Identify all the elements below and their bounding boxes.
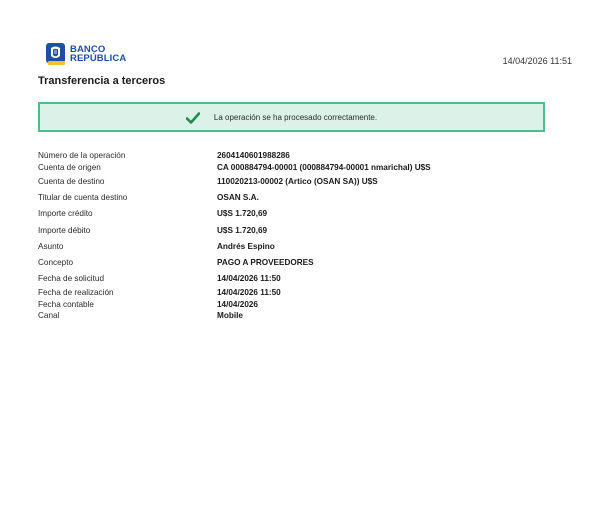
transfer-receipt: BANCO REPÚBLICA 14/04/2026 11:51 Transfe… (0, 0, 600, 515)
operation-details: Número de la operación 2604140601988286 … (38, 150, 431, 322)
detail-row-destination-holder: Titular de cuenta destino OSAN S.A. (38, 190, 431, 206)
bank-name: BANCO REPÚBLICA (70, 45, 126, 63)
detail-label: Fecha de realización (38, 288, 217, 297)
detail-label: Cuenta de destino (38, 177, 217, 186)
print-timestamp: 14/04/2026 11:51 (503, 56, 572, 66)
detail-value: 110020213-00002 (Artico (OSAN SA)) U$S (217, 177, 378, 186)
success-message: La operación se ha procesado correctamen… (214, 113, 377, 122)
detail-label: Importe débito (38, 226, 217, 235)
detail-value: Mobile (217, 311, 243, 320)
detail-value: U$S 1.720,69 (217, 209, 267, 218)
detail-label: Asunto (38, 242, 217, 251)
detail-row-execution-date: Fecha de realización 14/04/2026 11:50 (38, 287, 431, 299)
detail-label: Fecha contable (38, 300, 217, 309)
detail-label: Concepto (38, 258, 217, 267)
detail-value: 14/04/2026 11:50 (217, 288, 281, 297)
page-title: Transferencia a terceros (38, 75, 165, 87)
banco-republica-logo-icon (46, 43, 65, 65)
detail-row-origin-account: Cuenta de origen CA 000884794-00001 (000… (38, 162, 431, 174)
detail-row-credit-amount: Importe crédito U$S 1.720,69 (38, 206, 431, 222)
detail-row-debit-amount: Importe débito U$S 1.720,69 (38, 222, 431, 238)
detail-value: 14/04/2026 (217, 300, 258, 309)
detail-label: Importe crédito (38, 209, 217, 218)
detail-value: 2604140601988286 (217, 151, 290, 160)
detail-label: Canal (38, 311, 217, 320)
detail-value: Andrés Espino (217, 242, 275, 251)
detail-label: Número de la operación (38, 151, 217, 160)
detail-label: Fecha de solicitud (38, 274, 217, 283)
detail-row-request-date: Fecha de solicitud 14/04/2026 11:50 (38, 271, 431, 287)
detail-value: CA 000884794-00001 (000884794-00001 nmar… (217, 163, 431, 172)
detail-row-destination-account: Cuenta de destino 110020213-00002 (Artic… (38, 173, 431, 189)
detail-label: Cuenta de origen (38, 163, 217, 172)
success-banner: La operación se ha procesado correctamen… (38, 102, 545, 132)
detail-label: Titular de cuenta destino (38, 193, 217, 202)
detail-row-channel: Canal Mobile (38, 310, 431, 322)
detail-value: U$S 1.720,69 (217, 226, 267, 235)
detail-row-accounting-date: Fecha contable 14/04/2026 (38, 298, 431, 310)
detail-value: PAGO A PROVEEDORES (217, 258, 314, 267)
check-icon (186, 111, 200, 123)
bank-logo: BANCO REPÚBLICA (46, 43, 126, 65)
detail-row-concept: Concepto PAGO A PROVEEDORES (38, 254, 431, 270)
detail-value: OSAN S.A. (217, 193, 259, 202)
bank-name-line2: REPÚBLICA (70, 54, 126, 63)
detail-value: 14/04/2026 11:50 (217, 274, 281, 283)
detail-row-subject: Asunto Andrés Espino (38, 238, 431, 254)
detail-row-operation-number: Número de la operación 2604140601988286 (38, 150, 431, 162)
